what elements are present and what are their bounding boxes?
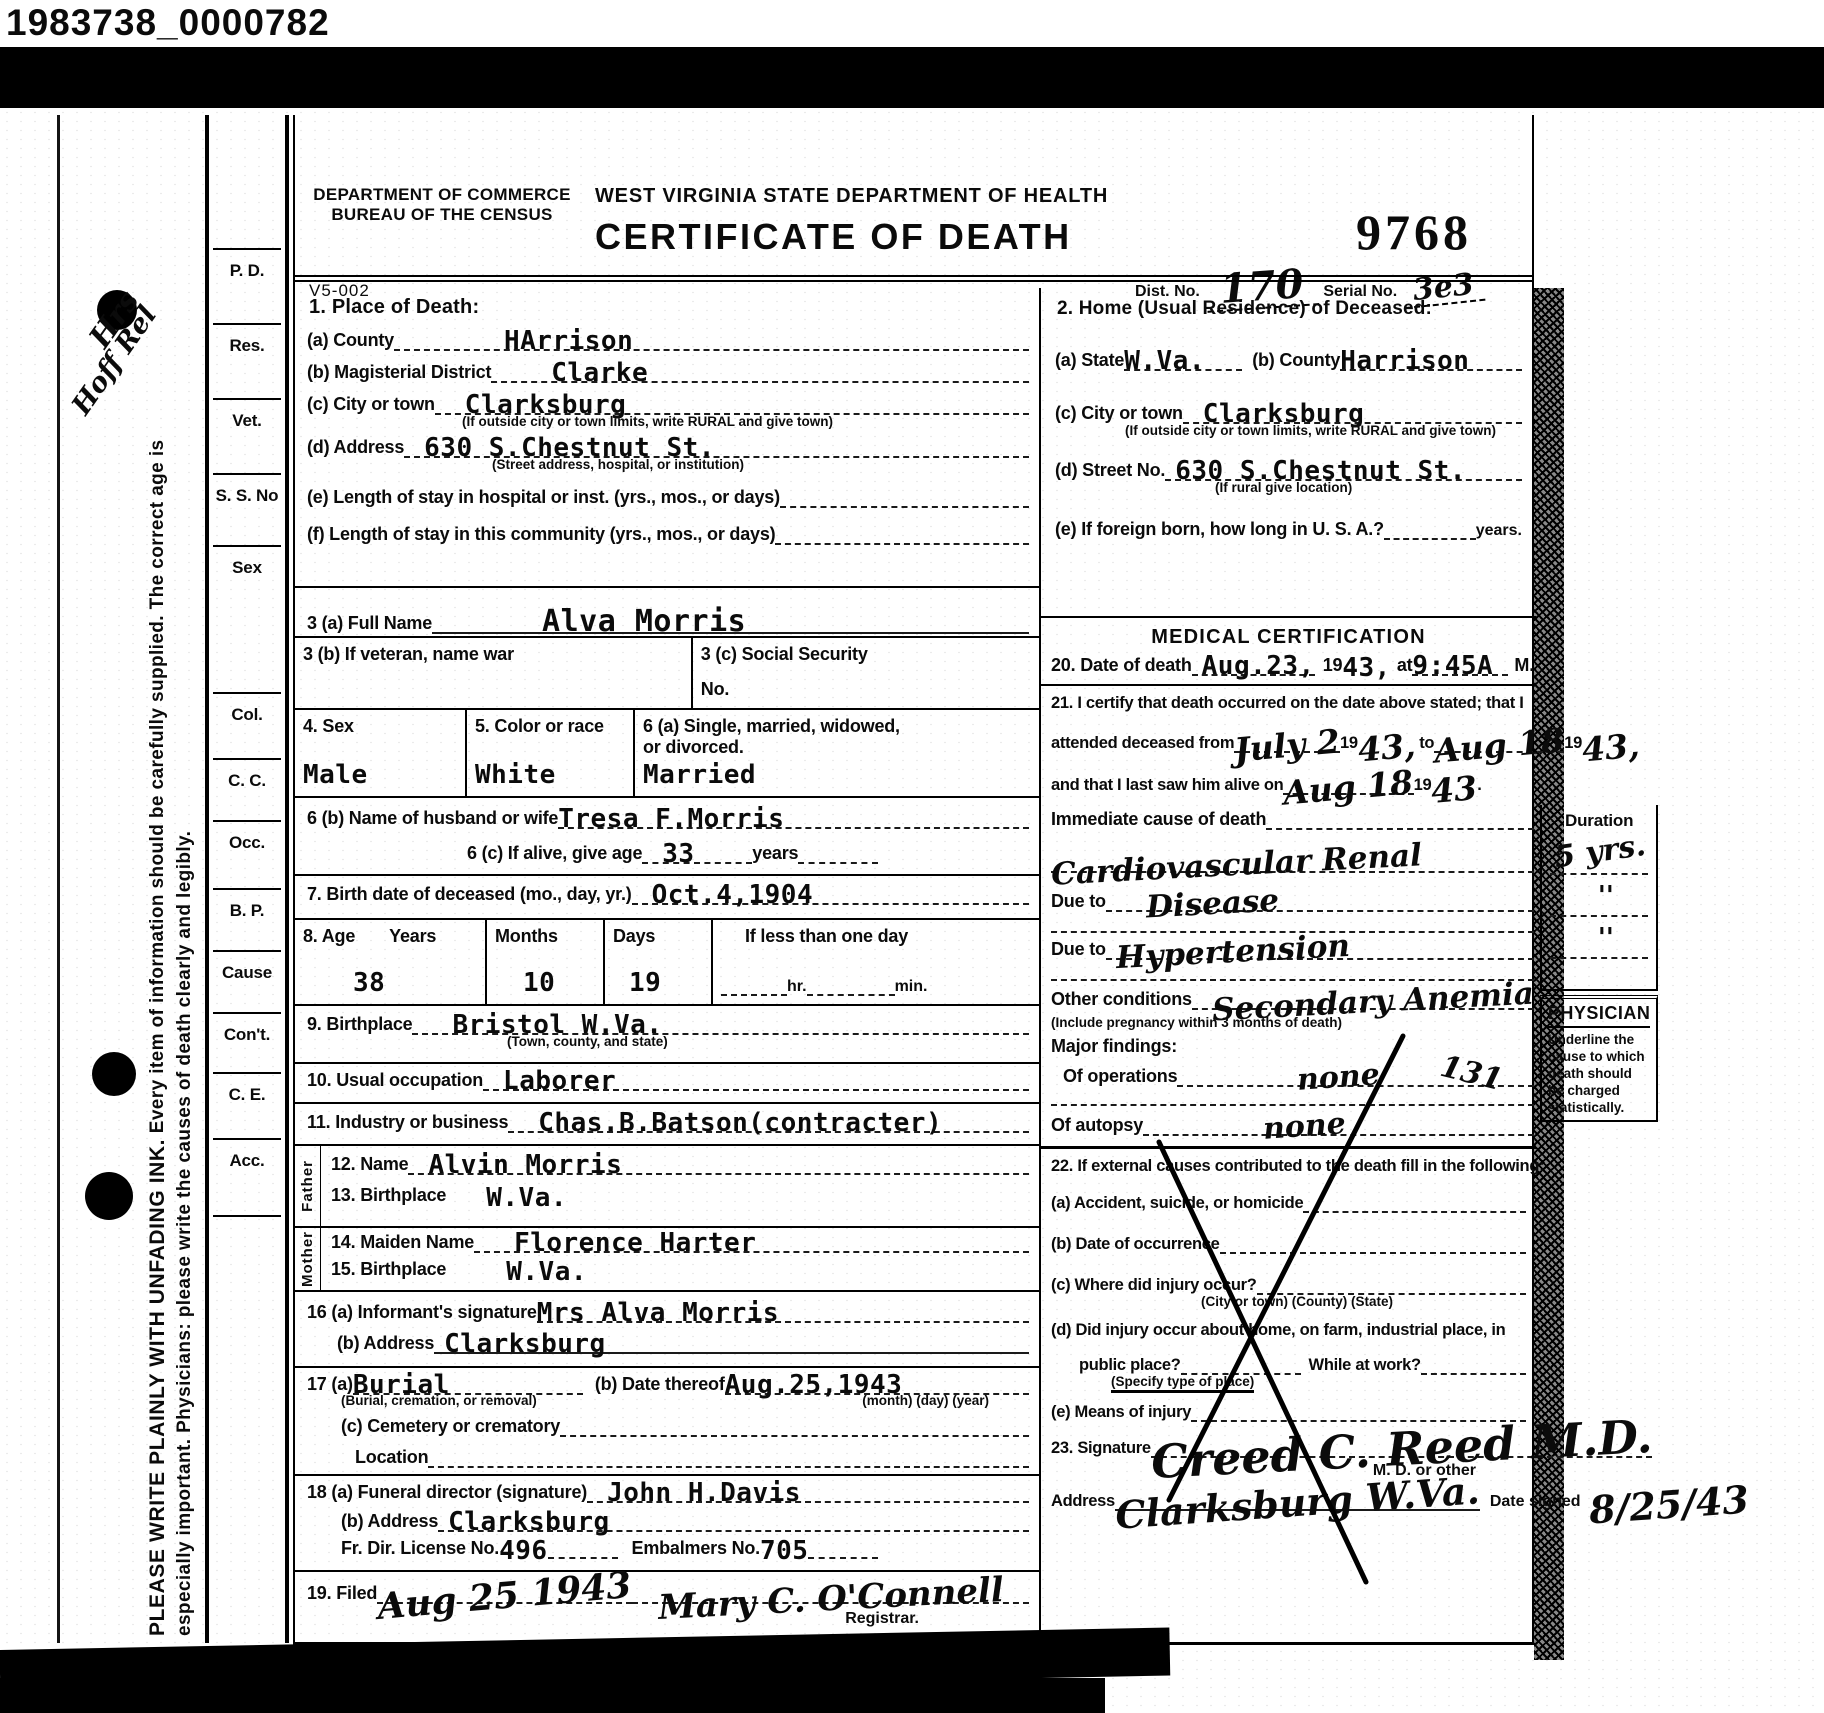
father-tab: Father	[295, 1146, 321, 1226]
county-value: HArrison	[504, 328, 633, 354]
disposition-notes: (Burial, cremation, or removal) (month) …	[307, 1393, 1029, 1408]
field-social-security: 3 (c) Social Security No.	[691, 638, 1039, 708]
form-header: DEPARTMENT OF COMMERCE BUREAU OF THE CEN…	[295, 145, 1532, 282]
field-maiden-name: 14. Maiden Name Florence Harter	[331, 1230, 1029, 1253]
form-title-block: WEST VIRGINIA STATE DEPARTMENT OF HEALTH…	[595, 185, 1065, 258]
field-father-name: 12. Name Alvin Morris	[331, 1152, 1029, 1175]
field-full-name: 3 (a) Full Name Alva Morris	[295, 588, 1039, 638]
margin-instruction-line-2: especially important. Physicians: please…	[174, 138, 196, 1636]
form-left-column: 1. Place of Death: (a) County HArrison (…	[295, 288, 1039, 1642]
license-value: 496	[499, 1538, 547, 1564]
scanner-bar-top	[0, 47, 1824, 108]
section-mother: Mother 14. Maiden Name Florence Harter 1…	[295, 1228, 1039, 1292]
death-certificate-scan: 1983738_0000782 Hrs Hoff Rel PLEASE WRIT…	[0, 0, 1824, 1713]
header-rule	[295, 275, 1532, 282]
home-state-value: W.Va.	[1124, 348, 1205, 374]
field-home-state-county: (a) State W.Va. (b) County Harrison	[1055, 348, 1522, 371]
spouse-age-value: 33	[662, 841, 694, 867]
section-title: 2. Home (Usual Residence) of Deceased:	[1057, 298, 1522, 320]
age-years-value: 38	[353, 970, 477, 996]
field-funeral-address: (b) Address Clarksburg	[341, 1509, 1029, 1532]
age-years-cell: 8. AgeYears 38	[295, 920, 485, 1004]
field-home-street: (d) Street No. 630 S.Chestnut St.	[1055, 458, 1522, 481]
certificate-number: 9768	[1356, 203, 1472, 261]
field-hospital-stay: (e) Length of stay in hospital or inst. …	[307, 487, 1029, 508]
field-accident-suicide: (a) Accident, suicide, or homicide	[1051, 1194, 1526, 1213]
sex-value: Male	[303, 762, 457, 788]
maiden-name-value: Florence Harter	[514, 1230, 756, 1256]
marital-value: Married	[643, 762, 1031, 788]
age-months-value: 10	[523, 970, 595, 996]
index-tab: C. E.	[213, 1072, 281, 1105]
autopsy-handwriting: none	[1262, 1109, 1347, 1145]
section-place-of-death: 1. Place of Death: (a) County HArrison (…	[295, 288, 1039, 588]
index-tab: Con't.	[213, 1012, 281, 1045]
specify-place-note: (Specify type of place)	[1111, 1373, 1526, 1391]
field-signature: 23. Signature Creed C. Reed M.D.	[1051, 1426, 1526, 1458]
page-title: CERTIFICATE OF DEATH	[595, 216, 1065, 258]
funeral-address-value: Clarksburg	[448, 1509, 610, 1535]
age-days-value: 19	[629, 970, 703, 996]
field-magisterial-district: (b) Magisterial District Clarke	[307, 360, 1029, 383]
field-birth-date: 7. Birth date of deceased (mo., day, yr.…	[295, 876, 1039, 920]
age-days-cell: Days 19	[603, 920, 711, 1004]
due-to-2-line: Due to Hypertension	[1051, 937, 1534, 960]
street-note: (Street address, hospital, or institutio…	[492, 456, 1029, 474]
medical-certification-title: MEDICAL CERTIFICATION	[1041, 618, 1536, 649]
color-value: White	[475, 762, 625, 788]
birthplace-note: (Town, county, and state)	[507, 1033, 1029, 1051]
rural-note: (If outside city or town limits, write R…	[462, 413, 1029, 431]
field-filed: 19. Filed Aug 25 1943 Mary C. O'Connell	[307, 1578, 1029, 1604]
immediate-cause-value-line: Cardiovascular Renal	[1051, 850, 1534, 873]
field-sex: 4. Sex Male	[295, 710, 465, 796]
agency-line-2: BUREAU OF THE CENSUS	[307, 205, 577, 225]
due-to-2-handwriting: Hypertension	[1115, 931, 1350, 974]
field-address: (d) Address 630 S.Chestnut St.	[307, 435, 1029, 458]
attended-to-year: 43,	[1581, 729, 1641, 767]
field-injury-about: (d) Did injury occur about home, on farm…	[1051, 1321, 1526, 1340]
due-to-1-line: Due to Disease	[1051, 889, 1534, 912]
father-birthplace-value: W.Va.	[486, 1185, 567, 1211]
index-tab: Vet.	[213, 398, 281, 431]
index-tab-column: P. D. Res. Vet. S. S. No Sex Col. C. C. …	[205, 115, 289, 1643]
agency-line-1: DEPARTMENT OF COMMERCE	[307, 185, 577, 205]
mother-birthplace-value: W.Va.	[506, 1259, 587, 1285]
autopsy-line: Of autopsy none	[1051, 1112, 1534, 1136]
index-tab: Res.	[213, 323, 281, 356]
certify-attended-line: attended deceased from July 2 19 43, to …	[1051, 729, 1526, 753]
death-year-value: 43,	[1342, 655, 1390, 681]
section-father: Father 12. Name Alvin Morris 13. Birthpl…	[295, 1146, 1039, 1228]
index-tab: Col.	[213, 692, 281, 725]
duration-physician-column: Duration 5 yrs. '' '' PHYSICIAN Underlin…	[1540, 805, 1665, 1146]
attended-from-year: 43,	[1356, 729, 1416, 767]
field-disposition: 17 (a) Burial (b) Date thereof Aug.25,19…	[307, 1372, 1029, 1395]
section-informant: 16 (a) Informant's signature Mrs Alva Mo…	[295, 1292, 1039, 1368]
immediate-cause-handwriting: Cardiovascular Renal	[1050, 840, 1422, 890]
scan-id: 1983738_0000782	[6, 2, 330, 44]
industry-value: Chas.B.Batson(contracter)	[538, 1110, 942, 1136]
attended-from-handwriting: July 2	[1233, 724, 1341, 766]
field-birthplace: 9. Birthplace Bristol W.Va. (Town, count…	[295, 1006, 1039, 1064]
father-name-value: Alvin Morris	[428, 1152, 622, 1178]
operations-handwriting: none	[1296, 1060, 1381, 1096]
punch-hole	[85, 1172, 133, 1220]
spouse-value: Tresa F.Morris	[558, 806, 784, 832]
age-less-than-day-cell: If less than one day hr. min.	[711, 920, 1039, 1004]
external-causes-title: 22. If external causes contributed to th…	[1051, 1157, 1526, 1176]
other-conditions-line: Other conditions Secondary Anemia	[1051, 987, 1534, 1010]
where-injury-note: (City or town) (County) (State)	[1201, 1293, 1526, 1311]
physician-box: PHYSICIAN Underline the cause to which d…	[1540, 995, 1659, 1122]
field-cemetery-location: Location	[355, 1447, 1029, 1468]
due-to-1-handwriting: Disease	[1145, 886, 1280, 924]
field-date-of-death: 20. Date of death Aug.23, 19 43, at 9:45…	[1041, 649, 1536, 686]
date-signed-handwriting: 8/25/43	[1587, 1480, 1749, 1529]
field-occupation: 10. Usual occupation Laborer	[295, 1064, 1039, 1104]
occupation-value: Laborer	[503, 1068, 616, 1094]
field-color-race: 5. Color or race White	[465, 710, 633, 796]
section-disposition: 17 (a) Burial (b) Date thereof Aug.25,19…	[295, 1368, 1039, 1476]
index-tab-end	[213, 1215, 281, 1228]
death-time-value: 9:45A	[1412, 653, 1493, 679]
index-tab: Sex	[213, 545, 281, 578]
section-certify: 21. I certify that death occurred on the…	[1041, 686, 1536, 805]
state-title: WEST VIRGINIA STATE DEPARTMENT OF HEALTH	[595, 185, 1065, 208]
section-filed: 19. Filed Aug 25 1943 Mary C. O'Connell …	[295, 1572, 1039, 1642]
funeral-director-value: John H.Davis	[607, 1480, 801, 1506]
field-informant-address: (b) Address Clarksburg	[337, 1331, 1029, 1354]
field-spouse: 6 (b) Name of husband or wife Tresa F.Mo…	[295, 798, 1039, 876]
last-alive-handwriting: Aug 18	[1282, 765, 1414, 809]
section-title: 1. Place of Death:	[309, 296, 1029, 319]
registrar-signature: Mary C. O'Connell	[657, 1573, 1004, 1625]
field-city-or-town: (c) City or town Clarksburg	[307, 392, 1029, 415]
row-sex-color-marital: 4. Sex Male 5. Color or race White 6 (a)…	[295, 710, 1039, 798]
full-name-value: Alva Morris	[542, 607, 746, 637]
field-industry: 11. Industry or business Chas.B.Batson(c…	[295, 1104, 1039, 1146]
informant-address-value: Clarksburg	[444, 1331, 606, 1357]
field-spouse-age: 6 (c) If alive, give age 33 years	[467, 841, 1029, 864]
section-external-causes: 22. If external causes contributed to th…	[1041, 1149, 1536, 1426]
age-months-cell: Months 10	[485, 920, 603, 1004]
form-right-column: 2. Home (Usual Residence) of Deceased: (…	[1039, 288, 1536, 1642]
certify-line-1: 21. I certify that death occurred on the…	[1051, 694, 1526, 713]
index-tab: Cause	[213, 950, 281, 983]
field-foreign-born: (e) If foreign born, how long in U. S. A…	[1055, 519, 1522, 540]
field-age: 8. AgeYears 38 Months 10 Days 19 If less…	[295, 920, 1039, 1006]
field-license-numbers: Fr. Dir. License No. 496 Embalmers No. 7…	[341, 1538, 1029, 1559]
field-cemetery: (c) Cemetery or crematory	[341, 1416, 1029, 1437]
index-tab: C. C.	[213, 758, 281, 791]
home-rural-note: (If outside city or town limits, write R…	[1125, 422, 1522, 440]
field-informant-signature: 16 (a) Informant's signature Mrs Alva Mo…	[307, 1300, 1029, 1323]
duration-ditto-1: ''	[1598, 883, 1649, 909]
section-physician-signature: 23. Signature Creed C. Reed M.D. M. D. o…	[1041, 1426, 1536, 1511]
birth-date-value: Oct.4,1904	[652, 882, 814, 908]
page-edge-line	[57, 115, 60, 1643]
scanner-bar-bottom-2	[0, 1678, 1105, 1713]
certificate-form: DEPARTMENT OF COMMERCE BUREAU OF THE CEN…	[293, 115, 1534, 1645]
section-funeral-director: 18 (a) Funeral director (signature) John…	[295, 1476, 1039, 1572]
index-tab: P. D.	[213, 248, 281, 281]
index-tab: Occ.	[213, 820, 281, 853]
attended-to-handwriting: Aug 18	[1433, 723, 1565, 767]
field-community-stay: (f) Length of stay in this community (yr…	[307, 524, 1029, 545]
home-county-value: Harrison	[1340, 348, 1469, 374]
operations-mark: 131	[1437, 1052, 1505, 1096]
index-tab: B. P.	[213, 888, 281, 921]
field-veteran-war: 3 (b) If veteran, name war	[295, 638, 691, 708]
field-county: (a) County HArrison	[307, 328, 1029, 351]
section-home-residence: 2. Home (Usual Residence) of Deceased: (…	[1041, 288, 1536, 618]
duration-ditto-2: ''	[1598, 925, 1649, 951]
field-funeral-director: 18 (a) Funeral director (signature) John…	[307, 1480, 1029, 1503]
margin-instruction-rest: Every item of information should be care…	[147, 440, 168, 1139]
immediate-cause-label-line: Immediate cause of death	[1051, 809, 1534, 830]
last-alive-year: 43	[1430, 771, 1479, 808]
index-tab: S. S. No	[213, 473, 281, 506]
field-father-birthplace: 13. Birthplace W.Va.	[331, 1185, 1029, 1206]
issuing-agency: DEPARTMENT OF COMMERCE BUREAU OF THE CEN…	[307, 185, 577, 225]
field-physician-address: Address Clarksburg W.Va. Date signed 8/2…	[1051, 1484, 1526, 1511]
informant-value: Mrs Alva Morris	[537, 1300, 779, 1326]
duration-value-handwriting: 5 yrs.	[1552, 831, 1650, 874]
certify-last-seen-line: and that I last saw him alive on Aug 18 …	[1051, 771, 1526, 795]
embalmer-value: 705	[760, 1538, 808, 1564]
margin-instruction-line-1: PLEASE WRITE PLAINLY WITH UNFADING INK. …	[146, 138, 170, 1636]
duration-box: Duration 5 yrs. '' ''	[1540, 805, 1659, 991]
death-date-value: Aug.23,	[1202, 653, 1315, 679]
field-mother-birthplace: 15. Birthplace W.Va.	[331, 1259, 1029, 1280]
mother-tab: Mother	[295, 1228, 321, 1290]
margin-instruction-bold: PLEASE WRITE PLAINLY WITH UNFADING INK.	[146, 1139, 169, 1636]
punch-hole	[92, 1052, 136, 1096]
field-date-occurrence: (b) Date of occurrence	[1051, 1235, 1526, 1254]
section-cause-of-death: Immediate cause of death Cardiovascular …	[1041, 805, 1536, 1149]
cause-lines: Immediate cause of death Cardiovascular …	[1041, 805, 1540, 1146]
field-home-city: (c) City or town Clarksburg	[1055, 401, 1522, 424]
operations-line: Of operations none131	[1063, 1059, 1534, 1087]
field-marital-status: 6 (a) Single, married, widowed, or divor…	[633, 710, 1039, 796]
district-value: Clarke	[551, 360, 648, 386]
index-tab: Acc.	[213, 1138, 281, 1171]
row-veteran-ssn: 3 (b) If veteran, name war 3 (c) Social …	[295, 638, 1039, 710]
